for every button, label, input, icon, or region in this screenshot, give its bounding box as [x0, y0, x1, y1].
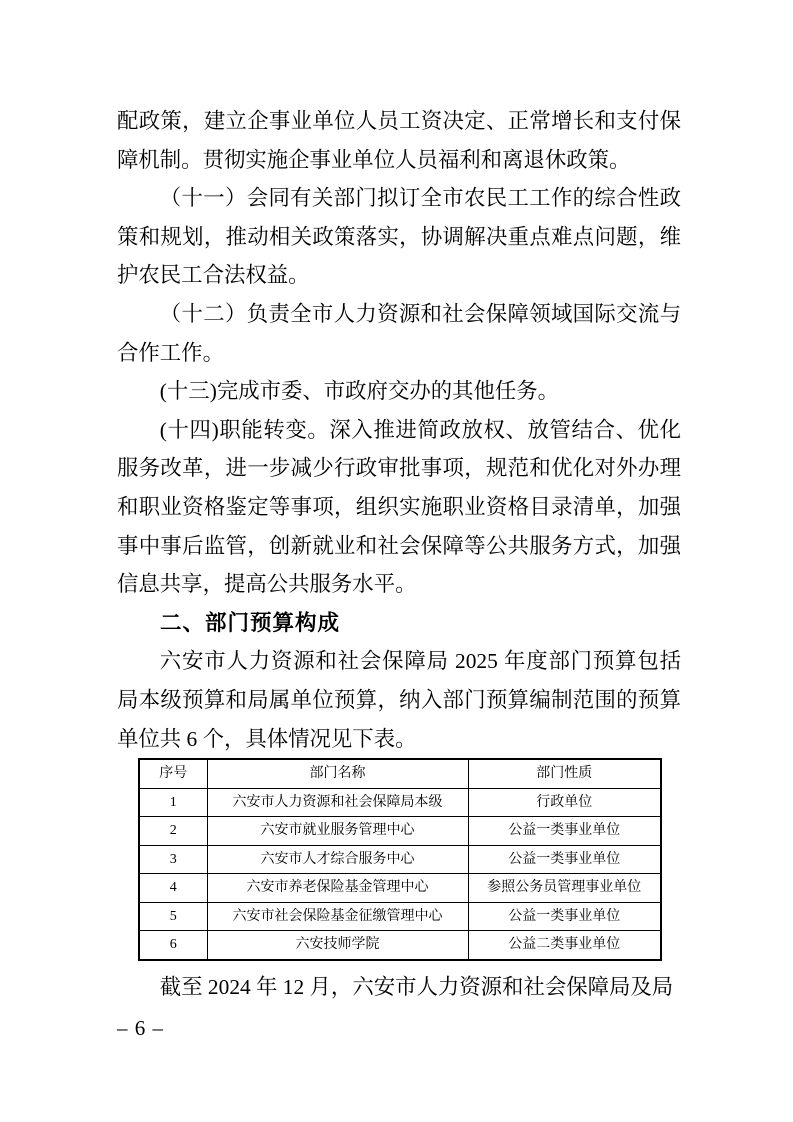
- table-cell-department-type: 行政单位: [468, 788, 661, 817]
- paragraph-duty-14-function-transformation: (十四)职能转变。深入推进简政放权、放管结合、优化服务改革，进一步减少行政审批事…: [117, 411, 681, 604]
- table-cell-index: 4: [139, 874, 207, 903]
- table-cell-index: 2: [139, 817, 207, 846]
- section-heading-budget-composition: 二、部门预算构成: [117, 604, 681, 643]
- paragraph-budget-intro: 六安市人力资源和社会保障局 2025 年度部门预算包括局本级预算和局属单位预算，…: [117, 642, 681, 758]
- table-row: 5 六安市社会保险基金征缴管理中心 公益一类事业单位: [139, 902, 661, 931]
- table-cell-department-type: 公益一类事业单位: [468, 817, 661, 846]
- table-cell-department-name: 六安市就业服务管理中心: [207, 817, 468, 846]
- document-page: 配政策，建立企事业单位人员工资决定、正常增长和支付保障机制。贯彻实施企事业单位人…: [0, 0, 793, 1122]
- table-row: 3 六安市人才综合服务中心 公益一类事业单位: [139, 845, 661, 874]
- table-row: 1 六安市人力资源和社会保障局本级 行政单位: [139, 788, 661, 817]
- document-body: 配政策，建立企事业单位人员工资决定、正常增长和支付保障机制。贯彻实施企事业单位人…: [117, 102, 681, 1006]
- table-header-department-name: 部门名称: [207, 759, 468, 788]
- table-cell-department-name: 六安市养老保险基金管理中心: [207, 874, 468, 903]
- table-cell-department-name: 六安市社会保险基金征缴管理中心: [207, 902, 468, 931]
- paragraph-duty-13-other-tasks: (十三)完成市委、市政府交办的其他任务。: [117, 372, 681, 411]
- paragraph-wage-policy-continuation: 配政策，建立企事业单位人员工资决定、正常增长和支付保障机制。贯彻实施企事业单位人…: [117, 102, 681, 179]
- table-row: 4 六安市养老保险基金管理中心 参照公务员管理事业单位: [139, 874, 661, 903]
- table-header-index: 序号: [139, 759, 207, 788]
- table-cell-department-type: 公益一类事业单位: [468, 845, 661, 874]
- table-cell-department-type: 公益一类事业单位: [468, 902, 661, 931]
- page-number: – 6 –: [117, 1016, 164, 1041]
- table-cell-department-name: 六安技师学院: [207, 931, 468, 960]
- table-cell-index: 5: [139, 902, 207, 931]
- table-header-department-type: 部门性质: [468, 759, 661, 788]
- table-cell-department-type: 公益二类事业单位: [468, 931, 661, 960]
- table-cell-department-name: 六安市人力资源和社会保障局本级: [207, 788, 468, 817]
- paragraph-staffing-status: 截至 2024 年 12 月，六安市人力资源和社会保障局及局: [117, 968, 681, 1007]
- table-cell-index: 6: [139, 931, 207, 960]
- budget-units-table: 序号 部门名称 部门性质 1 六安市人力资源和社会保障局本级 行政单位 2 六安…: [138, 758, 662, 961]
- table-cell-department-type: 参照公务员管理事业单位: [468, 874, 661, 903]
- table-cell-index: 1: [139, 788, 207, 817]
- table-row: 2 六安市就业服务管理中心 公益一类事业单位: [139, 817, 661, 846]
- table-row: 6 六安技师学院 公益二类事业单位: [139, 931, 661, 960]
- table-cell-department-name: 六安市人才综合服务中心: [207, 845, 468, 874]
- table-header-row: 序号 部门名称 部门性质: [139, 759, 661, 788]
- paragraph-duty-11-migrant-workers: （十一）会同有关部门拟订全市农民工工作的综合性政策和规划，推动相关政策落实，协调…: [117, 179, 681, 295]
- table-cell-index: 3: [139, 845, 207, 874]
- paragraph-duty-12-international-exchange: （十二）负责全市人力资源和社会保障领域国际交流与合作工作。: [117, 295, 681, 372]
